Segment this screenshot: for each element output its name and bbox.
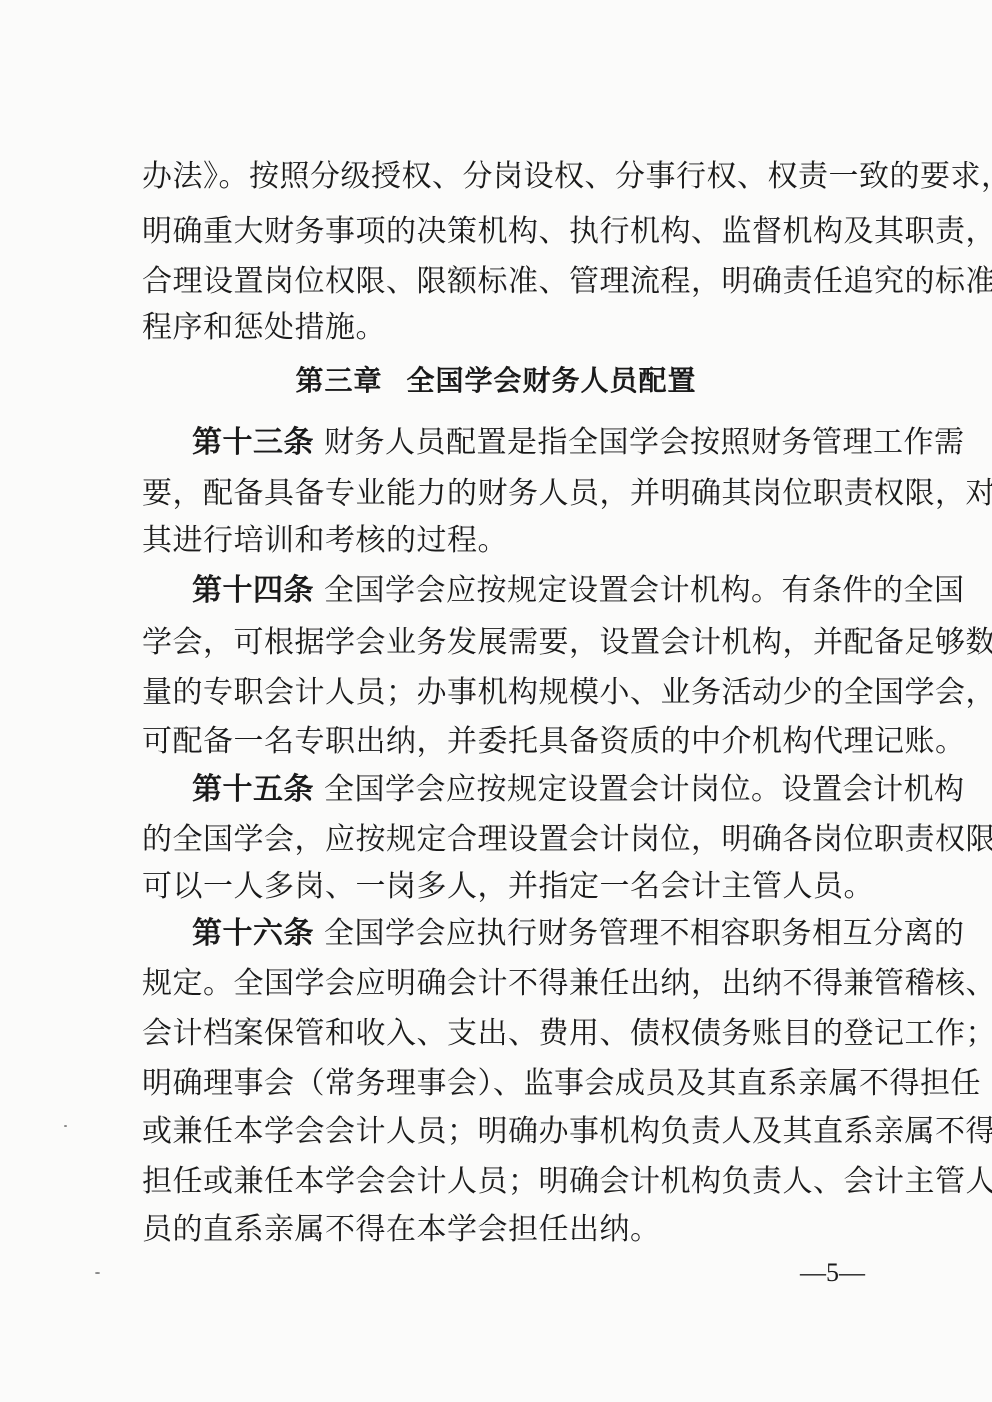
article-14-first-line: 第十四条全国学会应按规定设置会计机构。有条件的全国: [192, 574, 882, 608]
article-15-line-3: 可以一人多岗、一岗多人，并指定一名会计主管人员。: [142, 870, 882, 904]
article-16-first-line: 第十六条全国学会应执行财务管理不相容职务相互分离的: [192, 917, 882, 951]
intro-line-2: 明确重大财务事项的决策机构、执行机构、监督机构及其职责，: [142, 215, 882, 249]
intro-line-1: 办法》。按照分级授权、分岗设权、分事行权、权责一致的要求，: [142, 160, 882, 194]
article-16-line-4: 明确理事会（常务理事会）、监事会成员及其直系亲属不得担任: [142, 1067, 882, 1101]
intro-line-3: 合理设置岗位权限、限额标准、管理流程，明确责任追究的标准、: [142, 265, 882, 299]
article-13-line-2: 要，配备具备专业能力的财务人员，并明确其岗位职责权限，对: [142, 477, 882, 511]
page-number: —5—: [800, 1258, 865, 1288]
article-16-line-2: 规定。全国学会应明确会计不得兼任出纳，出纳不得兼管稽核、: [142, 967, 882, 1001]
article-16-text: 全国学会应执行财务管理不相容职务相互分离的: [324, 916, 965, 951]
article-14-text: 全国学会应按规定设置会计机构。有条件的全国: [324, 573, 965, 608]
article-15-line-2: 的全国学会，应按规定合理设置会计岗位，明确各岗位职责权限，: [142, 823, 882, 857]
scan-speck: [95, 1272, 100, 1274]
article-13-first-line: 第十三条财务人员配置是指全国学会按照财务管理工作需: [192, 426, 882, 460]
article-14-line-2: 学会，可根据学会业务发展需要，设置会计机构，并配备足够数: [142, 626, 882, 660]
article-16-line-7: 员的直系亲属不得在本学会担任出纳。: [142, 1213, 882, 1247]
article-14-line-4: 可配备一名专职出纳，并委托具备资质的中介机构代理记账。: [142, 725, 882, 759]
article-16-line-6: 担任或兼任本学会会计人员；明确会计机构负责人、会计主管人: [142, 1165, 882, 1199]
chapter-number: 第三章: [295, 364, 382, 397]
chapter-heading: 第三章全国学会财务人员配置: [0, 364, 992, 398]
article-16-line-5: 或兼任本学会会计人员；明确办事机构负责人及其直系亲属不得: [142, 1115, 882, 1149]
intro-line-4: 程序和惩处措施。: [142, 311, 882, 345]
chapter-title: 全国学会财务人员配置: [407, 364, 697, 397]
article-13-label: 第十三条: [192, 425, 314, 460]
article-16-line-3: 会计档案保管和收入、支出、费用、债权债务账目的登记工作；: [142, 1017, 882, 1051]
article-13-line-3: 其进行培训和考核的过程。: [142, 524, 882, 558]
article-15-label: 第十五条: [192, 772, 314, 807]
article-15-first-line: 第十五条全国学会应按规定设置会计岗位。设置会计机构: [192, 773, 882, 807]
article-16-label: 第十六条: [192, 916, 314, 951]
article-14-label: 第十四条: [192, 573, 314, 608]
article-15-text: 全国学会应按规定设置会计岗位。设置会计机构: [324, 772, 965, 807]
scan-speck: [64, 1125, 67, 1127]
article-14-line-3: 量的专职会计人员；办事机构规模小、业务活动少的全国学会，: [142, 676, 882, 710]
article-13-text: 财务人员配置是指全国学会按照财务管理工作需: [324, 425, 965, 460]
document-page: 办法》。按照分级授权、分岗设权、分事行权、权责一致的要求， 明确重大财务事项的决…: [0, 0, 992, 1402]
